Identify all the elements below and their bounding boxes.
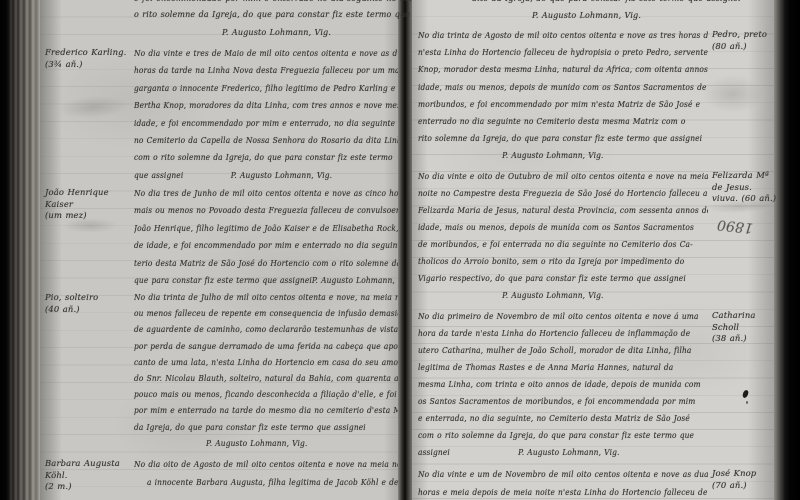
- record-line: No dia primeiro de Novembro de mil oito …: [418, 308, 688, 325]
- margin-name: Pedro, preto: [712, 29, 780, 41]
- record-line: No dia oito de Agosto de mil oito centos…: [134, 456, 380, 474]
- record-text: No dia oito de Agosto de mil oito centos…: [134, 456, 398, 492]
- margin-note: José Knop (70 añ.): [712, 468, 780, 491]
- margin-name: João Henrique Kaiser: [45, 187, 133, 210]
- record-line: de idade, e foi encommendado por mim e e…: [134, 237, 380, 254]
- signoff-lead: assignei: [418, 444, 450, 461]
- vicar-signature: P. Augusto Lohmann, Vig.: [222, 24, 331, 41]
- book-binding-edge: [0, 0, 40, 500]
- ink-speck: [746, 401, 748, 404]
- margin-name: Barbara Augusta Köhl.: [45, 458, 133, 481]
- vicar-signature: P. Augusto Lohmann, Vig.: [312, 272, 398, 289]
- record-text: No dia primeiro de Novembro de mil oito …: [418, 308, 708, 461]
- record-line: enterrado no dia seguinte no Cemiterio d…: [418, 113, 688, 130]
- record-line: tholicos do Arroio bonito, sem o rito da…: [418, 253, 688, 270]
- record-line: n'esta Linha do Hortencio falleceu de hy…: [418, 44, 688, 61]
- record-line: moribundos, e foi encommendado por mim n…: [418, 96, 688, 113]
- record-line: pouco mais ou menos, ficando desconhecid…: [134, 387, 380, 403]
- record-line: No dia vinte e oito de Outubro de mil oi…: [418, 168, 688, 185]
- signoff-lead: que para constar fiz este termo que assi…: [134, 272, 312, 289]
- record-line: garganta o innocente Frederico, filho le…: [134, 80, 380, 97]
- record-line: No dia tres de Junho de mil oito centos …: [134, 185, 380, 202]
- record-line: a innocente Barbara Augusta, filha legit…: [134, 474, 380, 492]
- vicar-signature: P. Augusto Lohmann, Vig.: [418, 147, 688, 164]
- record-line: canto de uma lata, n'esta Linha do Horte…: [134, 355, 380, 371]
- record-line: com o rito solemne da Igreja, do que par…: [418, 427, 688, 444]
- record-line: hora da tarde n'esta Linha do Hortencio …: [418, 325, 688, 342]
- record-line: Knop, morador desta mesma Linha, natural…: [418, 61, 688, 78]
- record-line: com o rito solemne da Igreja, do que par…: [134, 149, 380, 166]
- record-line: terio desta Matriz de São José do Horten…: [134, 255, 380, 272]
- pencil-smudge: [62, 218, 118, 233]
- record-text: No dia vinte e tres de Maio de mil oito …: [134, 45, 398, 184]
- record-line: No dia trinta de Julho de mil oito cento…: [134, 290, 380, 306]
- record-text: No dia vinte e um de Novembro de mil oit…: [418, 466, 708, 500]
- margin-note: Catharina Scholl (38 añ.): [712, 310, 780, 345]
- record-signoff-line: P. Augusto Lohmann, Vig.: [418, 287, 688, 304]
- record-line: por perda de sangue derramado de uma fer…: [134, 339, 380, 355]
- record-signoff-line: que assignei P. Augusto Lohmann, Vig.: [134, 167, 380, 184]
- record-signoff-line: assignei P. Augusto Lohmann, Vig.: [418, 444, 688, 461]
- record-signoff-line: P. Augusto Lohmann, Vig.: [134, 436, 380, 452]
- record-line: horas e meia depois de meia noite n'esta…: [418, 484, 688, 500]
- record-line: No dia vinte e tres de Maio de mil oito …: [134, 45, 380, 62]
- record-line: No dia vinte e um de Novembro de mil oit…: [418, 466, 688, 484]
- record-signoff-line: P. Augusto Lohmann, Vig.: [418, 147, 688, 164]
- margin-name: Frederico Karling.: [45, 47, 133, 59]
- vicar-signature: P. Augusto Lohmann, Vig.: [183, 167, 379, 184]
- margin-name: Catharina Scholl: [712, 310, 780, 333]
- record-line: utero Catharina, mulher de João Scholl, …: [418, 342, 688, 359]
- margin-note: Pio, solteiro (40 añ.): [45, 292, 133, 315]
- signoff-lead: que assignei: [134, 167, 183, 184]
- record-line: João Henrique, filho legitimo de João Ka…: [134, 220, 380, 237]
- record-text: No dia trinta de Agosto de mil oito cent…: [418, 27, 708, 165]
- record-line: horas da tarde na Linha Nova desta Fregu…: [134, 62, 380, 79]
- pencil-smudge: [702, 75, 764, 113]
- book-page-edge: [774, 0, 800, 500]
- record-signoff-line: que para constar fiz este termo que assi…: [134, 272, 380, 289]
- record-text: No dia tres de Junho de mil oito centos …: [134, 185, 398, 289]
- right-page: dito da Igreja, do que para constar fiz …: [412, 0, 774, 500]
- record-closing-line: o rito solemne da Igreja, do que para co…: [134, 6, 448, 23]
- margin-note: Barbara Augusta Köhl. (2 m.): [45, 458, 133, 493]
- record-line: mais ou menos no Povoado desta Freguezia…: [134, 202, 380, 219]
- record-line: no Cemiterio da Capella de Nossa Senhora…: [134, 132, 380, 149]
- record-line: legitima de Thomas Rastes e de Anna Mari…: [418, 359, 688, 376]
- margin-note: João Henrique Kaiser (um mez): [45, 187, 133, 222]
- page-gutter: [398, 0, 412, 500]
- record-line: No dia trinta de Agosto de mil oito cent…: [418, 27, 688, 44]
- record-line: ou menos falleceu de repente em conseque…: [134, 306, 380, 322]
- vicar-signature: P. Augusto Lohmann, Vig.: [134, 436, 380, 452]
- record-line: do Snr. Nicolau Blauth, solteiro, natura…: [134, 371, 380, 387]
- record-text: No dia trinta de Julho de mil oito cento…: [134, 290, 398, 452]
- register-scan: e foi encommendado por mim e enterrado n…: [0, 0, 800, 500]
- faded-year-annotation: 1890: [716, 216, 754, 236]
- vicar-signature: P. Augusto Lohmann, Vig.: [418, 287, 688, 304]
- ink-blot: [742, 389, 749, 398]
- record-line: Vigario respectivo, do que para constar …: [418, 270, 688, 287]
- margin-note: Frederico Karling. (3¾ añ.): [45, 47, 133, 70]
- left-page: e foi encommendado por mim e enterrado n…: [40, 0, 398, 500]
- record-line: Bertha Knop, moradores da dita Linha, co…: [134, 97, 380, 114]
- margin-age: (70 añ.): [712, 480, 780, 492]
- pencil-smudge: [57, 94, 128, 121]
- margin-note: Pedro, preto (80 añ.): [712, 29, 780, 52]
- record-line: por mim e enterrado na tarde do mesmo di…: [134, 403, 380, 419]
- margin-age: (2 m.): [45, 481, 133, 493]
- record-line: idade, e foi encommendado por mim e ente…: [134, 115, 380, 132]
- record-line: idade, mais ou menos, depois de munido c…: [418, 79, 688, 96]
- margin-age: (3¾ añ.): [45, 59, 133, 71]
- margin-age: (38 añ.): [712, 333, 780, 345]
- record-text: No dia vinte e oito de Outubro de mil oi…: [418, 168, 708, 304]
- cut-top-line: dito da Igreja, do que para constar fiz …: [472, 0, 741, 7]
- vicar-signature: P. Augusto Lohmann, Vig.: [450, 444, 688, 461]
- record-line: os Santos Sacramentos de moribundos, e f…: [418, 393, 688, 410]
- margin-age: (80 añ.): [712, 41, 780, 53]
- record-line: mesma Linha, com trinta e oito annos de …: [418, 376, 688, 393]
- record-line: noite no Campestre desta Freguezia de Sã…: [418, 185, 688, 202]
- record-line: de aguardente de caminho, como declararã…: [134, 322, 380, 338]
- margin-name: Felizarda Mª de Jesus.: [712, 170, 780, 193]
- record-line: da Igreja, do que para constar fiz este …: [134, 420, 380, 436]
- record-line: idade, mais ou menos, depois de munida c…: [418, 219, 688, 236]
- record-line: Felizarda Maria de Jesus, natural desta …: [418, 202, 688, 219]
- vicar-signature: P. Augusto Lohmann, Vig.: [532, 7, 641, 24]
- margin-name: José Knop: [712, 468, 780, 480]
- margin-name: Pio, solteiro: [45, 292, 133, 304]
- margin-age: (40 añ.): [45, 304, 133, 316]
- record-line: rito solemne da Igreja, do que para cons…: [418, 130, 688, 147]
- record-line: e enterrada, no dia seguinte, no Cemiter…: [418, 410, 688, 427]
- record-line: de moribundos, e foi enterrada no dia se…: [418, 236, 688, 253]
